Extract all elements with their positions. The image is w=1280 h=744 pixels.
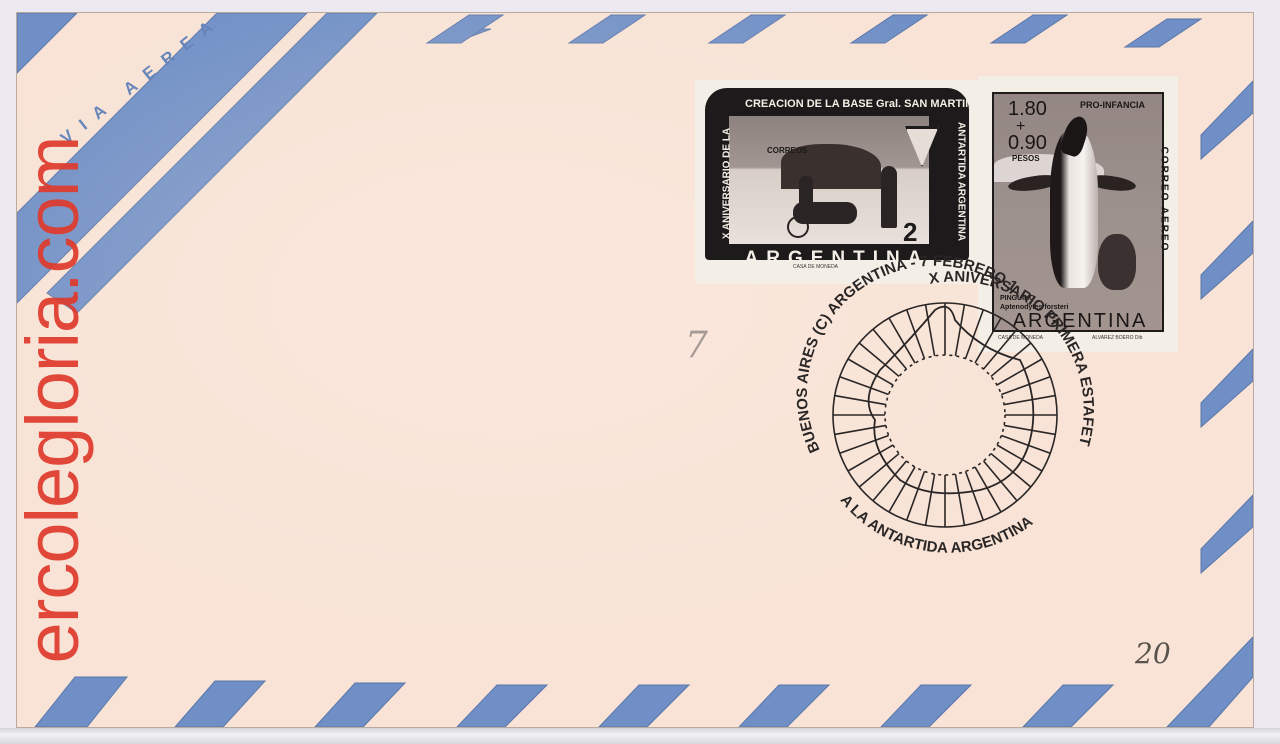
stamp-imprint-right: ALVAREZ BOERO Dib <box>1092 335 1142 341</box>
stamp-label-side: CORREO AEREO <box>1159 140 1170 260</box>
penguin-stamp: 1.80 + 0.90 PESOS PRO-INFANCIA CORREO AE… <box>980 78 1176 350</box>
stamp-right-text: ANTARTIDA ARGENTINA <box>956 112 967 252</box>
stamp-top-text: CREACION DE LA BASE Gral. SAN MARTIN <box>745 98 973 110</box>
stamp-imprint: CASA DE MONEDA <box>793 264 838 270</box>
explorer-icon <box>881 166 897 228</box>
antarctic-emblem-icon <box>905 126 939 167</box>
scan-background-edge <box>0 728 1280 744</box>
antarctic-base-stamp: CORREOS 2 PESOS CREACION DE LA BASE Gral… <box>697 82 977 282</box>
antarctic-scene: CORREOS 2 PESOS <box>729 116 929 244</box>
stamp-value-unit: PESOS <box>1012 154 1040 163</box>
stamp-country: ARGENTINA <box>1000 310 1160 333</box>
penguin-chick-icon <box>1098 234 1136 290</box>
watermark: ercolegloria.com <box>13 80 93 720</box>
stamp-frame: CORREOS 2 PESOS CREACION DE LA BASE Gral… <box>705 88 969 260</box>
wheel-icon <box>787 216 809 238</box>
stamp-left-text: X ANIVERSARIO DE LA <box>722 114 733 254</box>
stamp-label-top: PRO-INFANCIA <box>1080 100 1145 110</box>
stamp-panel: 1.80 + 0.90 PESOS PRO-INFANCIA CORREO AE… <box>992 92 1164 332</box>
species-common-name: PINGUINO <box>1000 294 1068 303</box>
stamp-value: 2 <box>903 220 917 244</box>
stamp-surcharge: 0.90 <box>1008 132 1047 155</box>
pencil-note: 7 <box>685 325 708 366</box>
inventory-number: 20 <box>1135 637 1171 670</box>
stamp-imprint-left: CASA DE MONEDA <box>998 335 1043 341</box>
stamp-corner-text: CORREOS <box>767 146 807 155</box>
stamp-value: 1.80 <box>1008 98 1047 121</box>
